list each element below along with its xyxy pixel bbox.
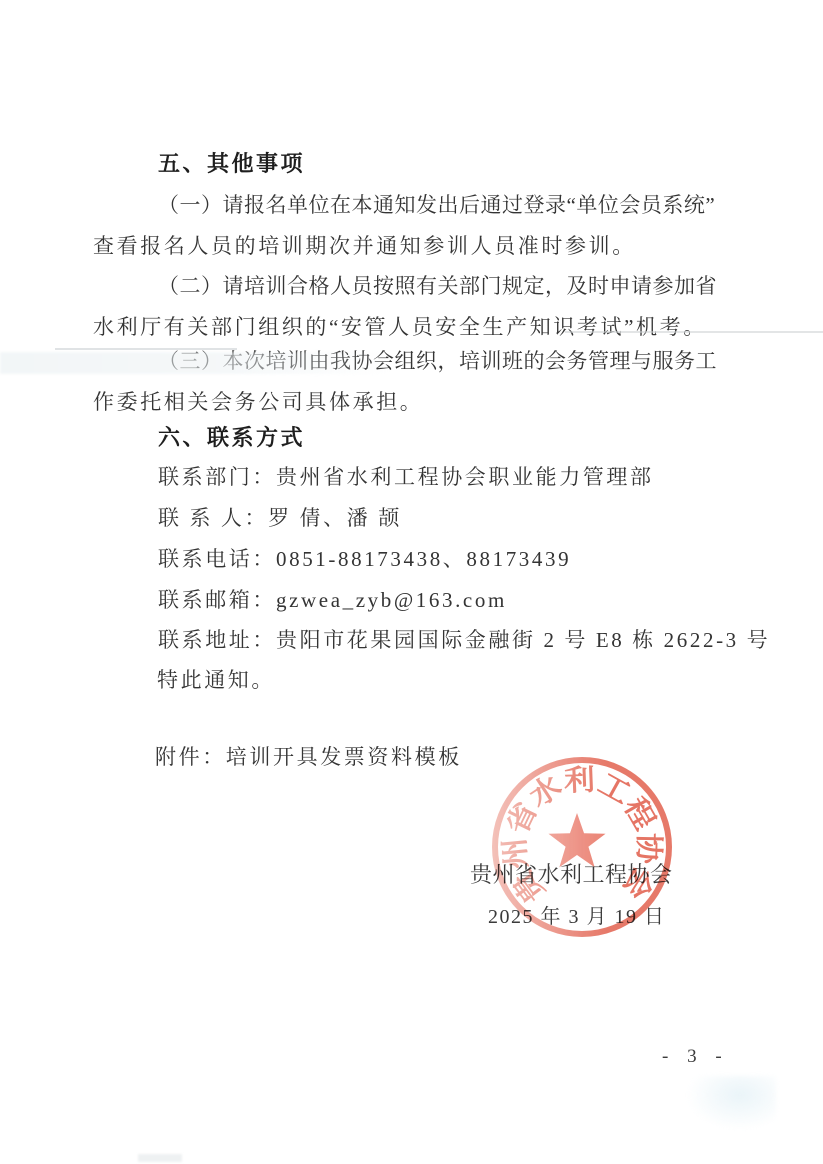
scan-artifact-mark-bottom-left [138, 1154, 182, 1162]
closing-line: 特此通知。 [157, 664, 275, 694]
scan-artifact-smudge-bottom-right [686, 1076, 776, 1130]
section-heading-other-matters: 五、其他事项 [158, 147, 305, 178]
seal-star-icon [548, 813, 605, 867]
attachment-line: 附件：培训开具发票资料模板 [155, 741, 462, 771]
paragraph-2-line-1: （二）请培训合格人员按照有关部门规定，及时申请参加省 [158, 270, 717, 300]
contact-email-line: 联系邮箱：gzwea_zyb@163.com [158, 584, 507, 614]
paragraph-3-line-1: （三）本次培训由我协会组织，培训班的会务管理与服务工 [158, 345, 717, 375]
paragraph-2-line-2: 水利厅有关部门组织的“安管人员安全生产知识考试”机考。 [93, 311, 707, 341]
paragraph-1-line-1: （一）请报名单位在本通知发出后通过登录“单位会员系统” [158, 189, 715, 219]
contact-person-line: 联 系 人：罗 倩、潘 颉 [158, 502, 402, 532]
official-seal-stamp: 贵州省水利工程协会 [482, 747, 682, 947]
page-number: - 3 - [662, 1046, 729, 1068]
contact-phone-line: 联系电话：0851-88173438、88173439 [158, 543, 571, 573]
document-page: 五、其他事项 （一）请报名单位在本通知发出后通过登录“单位会员系统” 查看报名人… [0, 0, 823, 1164]
paragraph-3-line-2: 作委托相关会务公司具体承担。 [93, 386, 423, 416]
contact-address-line: 联系地址：贵阳市花果园国际金融街 2 号 E8 栋 2622-3 号 [158, 624, 770, 654]
contact-department-line: 联系部门：贵州省水利工程协会职业能力管理部 [158, 461, 654, 491]
section-heading-contact: 六、联系方式 [158, 421, 305, 452]
paragraph-1-line-2: 查看报名人员的培训期次并通知参训人员准时参训。 [93, 230, 636, 260]
